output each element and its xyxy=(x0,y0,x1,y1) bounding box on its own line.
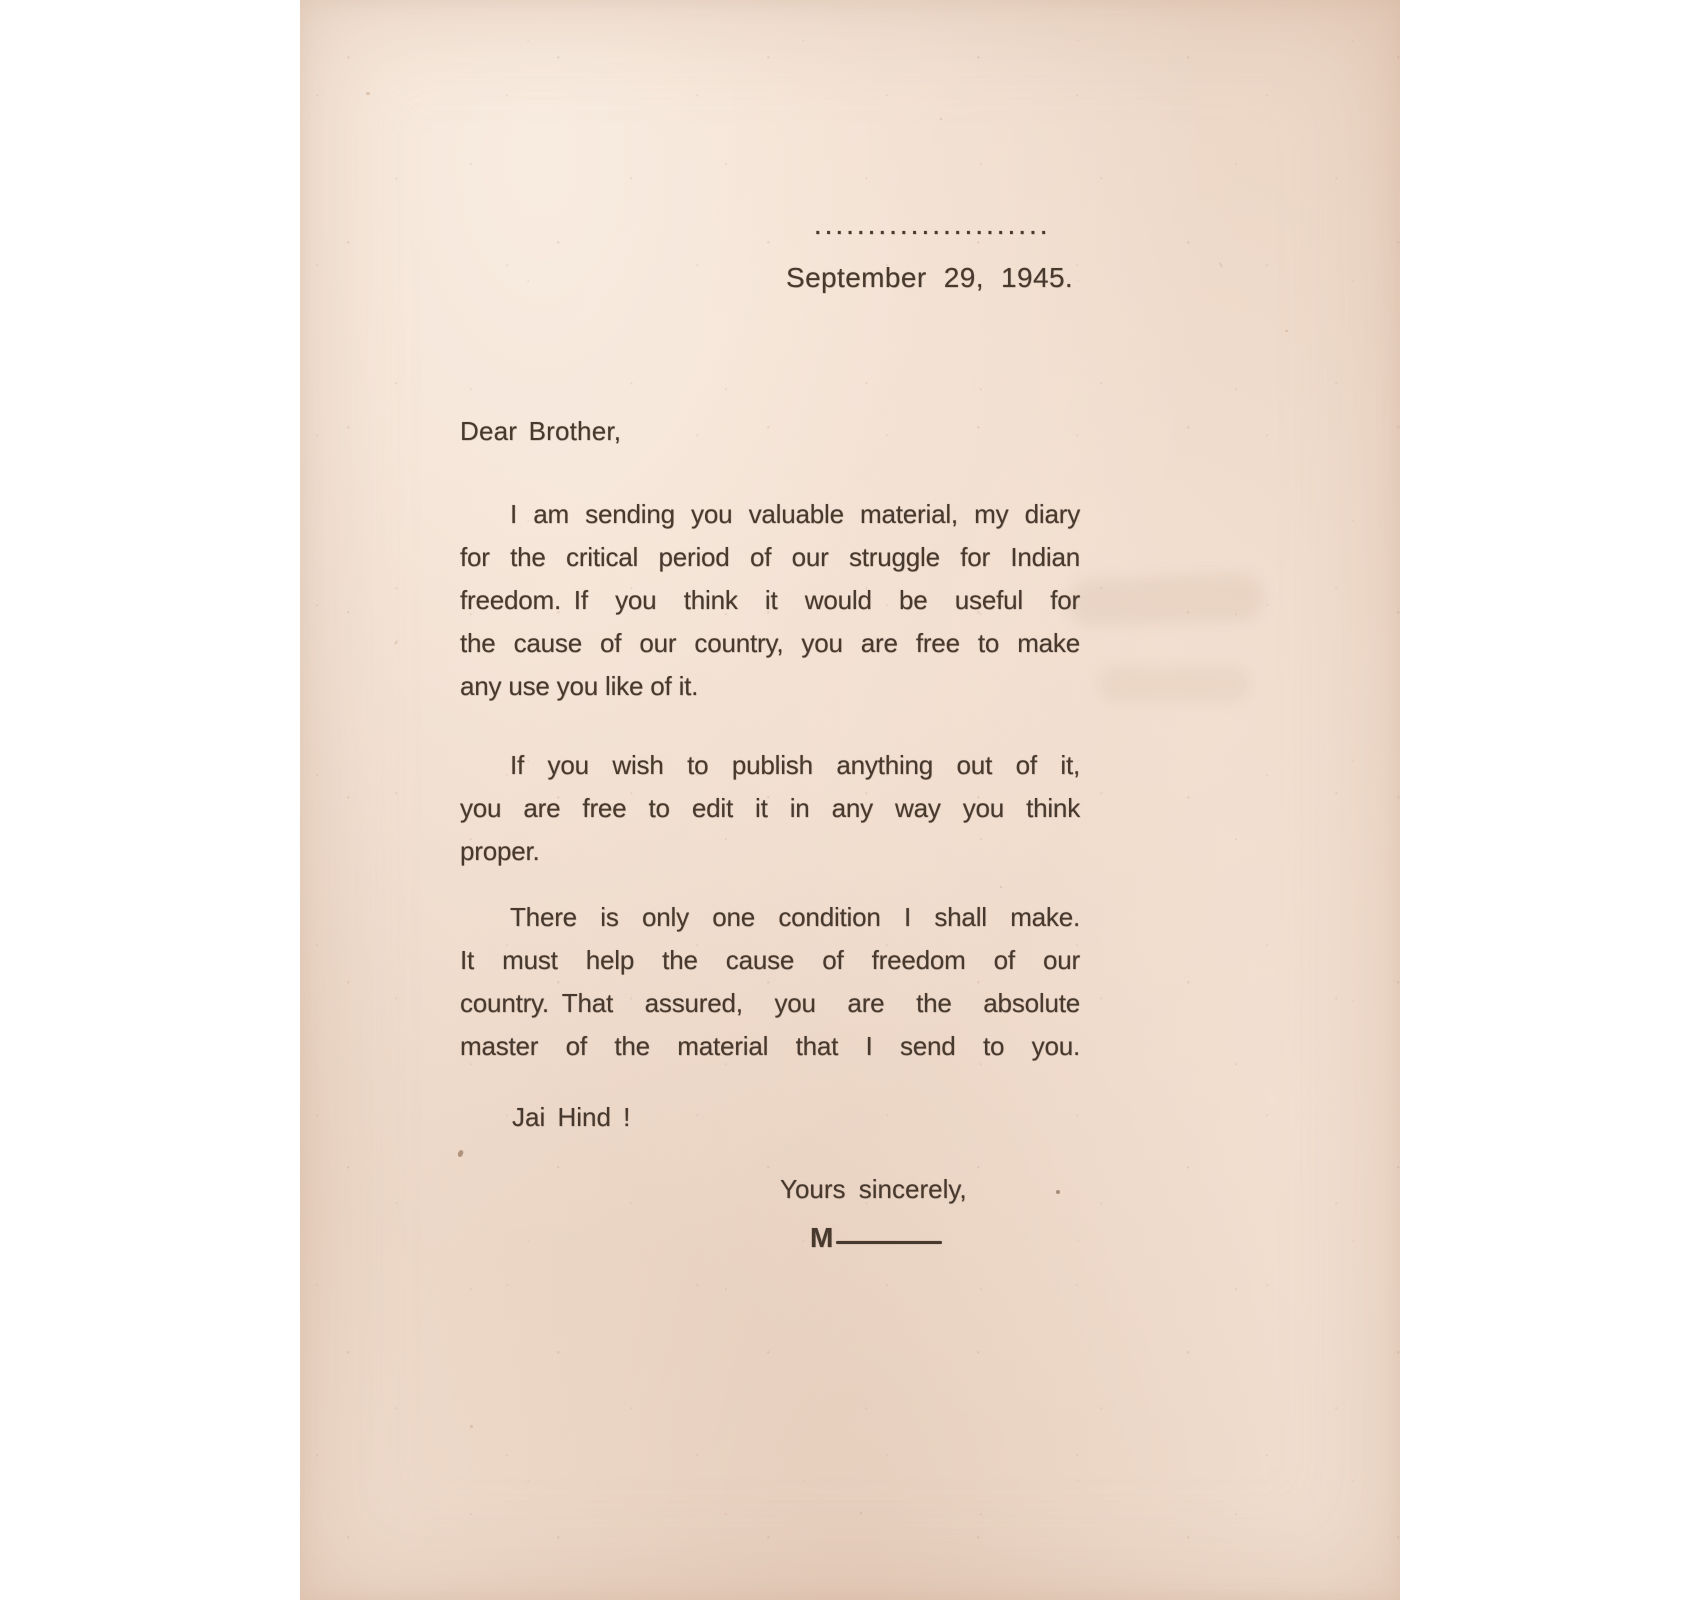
paragraph-line: the cause of our country, you are free t… xyxy=(460,622,1080,665)
paper-speck xyxy=(860,1512,862,1514)
paragraph-line: country. That assured, you are the absol… xyxy=(460,982,1080,1025)
signature: M xyxy=(810,1216,942,1259)
closing: Yours sincerely, xyxy=(780,1168,967,1211)
paragraph-line: freedom. If you think it would be useful… xyxy=(460,579,1080,622)
paper-speck xyxy=(366,92,370,95)
paragraph-1: I am sending you valuable material, my d… xyxy=(460,493,1080,708)
paper-speck xyxy=(470,1425,473,1428)
paragraph-line: for the critical period of our struggle … xyxy=(460,536,1080,579)
redaction-ellipsis: ...................... xyxy=(815,218,1052,238)
paper-speck xyxy=(1056,1190,1060,1194)
paragraph-line: any use you like of it. xyxy=(460,665,1080,708)
paper-speck xyxy=(1219,262,1223,268)
signature-rule xyxy=(836,1241,942,1244)
paper-speck xyxy=(457,1149,464,1157)
show-through-smudge xyxy=(1067,573,1265,628)
salutation: Jai Hind ! xyxy=(460,1096,630,1139)
greeting: Dear Brother, xyxy=(460,410,621,453)
paragraph-3: There is only one condition I shall make… xyxy=(460,896,1080,1068)
photo-background: ...................... September 29, 194… xyxy=(0,0,1700,1600)
paragraph-line: proper. xyxy=(460,830,1080,873)
paper-speck xyxy=(940,118,942,120)
paragraph-line: master of the material that I send to yo… xyxy=(460,1025,1080,1068)
signature-initial: M xyxy=(810,1222,833,1253)
paragraph-line: you are free to edit it in any way you t… xyxy=(460,787,1080,830)
letter-paper: ...................... September 29, 194… xyxy=(300,0,1400,1600)
paper-speck xyxy=(1000,886,1002,888)
paragraph-line: If you wish to publish anything out of i… xyxy=(460,744,1080,787)
paragraph-2: If you wish to publish anything out of i… xyxy=(460,744,1080,873)
paragraph-line: There is only one condition I shall make… xyxy=(460,896,1080,939)
paper-speck xyxy=(394,640,399,645)
paragraph-line: It must help the cause of freedom of our xyxy=(460,939,1080,982)
letter-date: September 29, 1945. xyxy=(786,258,1073,298)
show-through-smudge xyxy=(1098,666,1250,702)
paragraph-line: I am sending you valuable material, my d… xyxy=(460,493,1080,536)
paper-speck xyxy=(1285,330,1288,332)
